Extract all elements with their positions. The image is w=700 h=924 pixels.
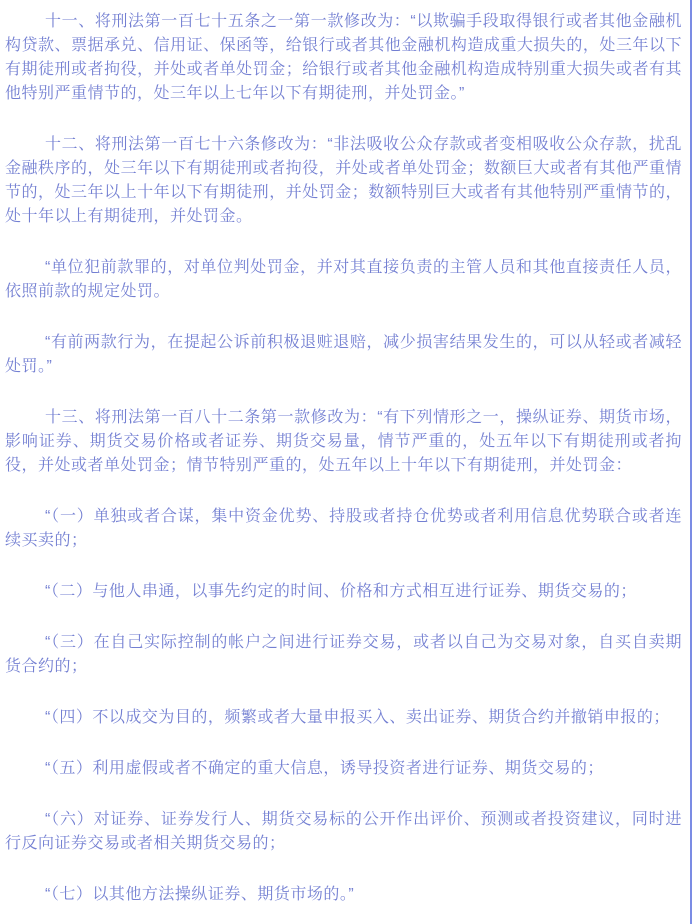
paragraph-article-12-clause-2: “单位犯前款罪的，对单位判处罚金，并对其直接负责的主管人员和其他直接责任人员，依… [5,256,682,304]
paragraph-article-12-clause-3: “有前两款行为，在提起公诉前积极退赃退赔，减少损害结果发生的，可以从轻或者减轻处… [5,331,682,379]
paragraph-item-7: “（七）以其他方法操纵证券、期货市场的。” [5,883,682,907]
paragraph-item-2: “（二）与他人串通，以事先约定的时间、价格和方式相互进行证券、期货交易的； [5,580,682,604]
paragraph-item-4: “（四）不以成交为目的，频繁或者大量申报买入、卖出证券、期货合约并撤销申报的； [5,706,682,730]
paragraph-item-5: “（五）利用虚假或者不确定的重大信息，诱导投资者进行证券、期货交易的； [5,757,682,781]
paragraph-item-3: “（三）在自己实际控制的帐户之间进行证券交易，或者以自己为交易对象，自买自卖期货… [5,631,682,679]
paragraph-item-1: “（一）单独或者合谋，集中资金优势、持股或者持仓优势或者利用信息优势联合或者连续… [5,505,682,553]
paragraph-article-11: 十一、将刑法第一百七十五条之一第一款修改为：“以欺骗手段取得银行或者其他金融机构… [5,10,682,106]
paragraph-item-6: “（六）对证券、证券发行人、期货交易标的公开作出评价、预测或者投资建议，同时进行… [5,808,682,856]
document-body: 十一、将刑法第一百七十五条之一第一款修改为：“以欺骗手段取得银行或者其他金融机构… [0,0,692,907]
paragraph-article-12: 十二、将刑法第一百七十六条修改为：“非法吸收公众存款或者变相吸收公众存款，扰乱金… [5,133,682,229]
right-border-line [690,0,692,924]
paragraph-article-13: 十三、将刑法第一百八十二条第一款修改为：“有下列情形之一，操纵证券、期货市场，影… [5,406,682,478]
